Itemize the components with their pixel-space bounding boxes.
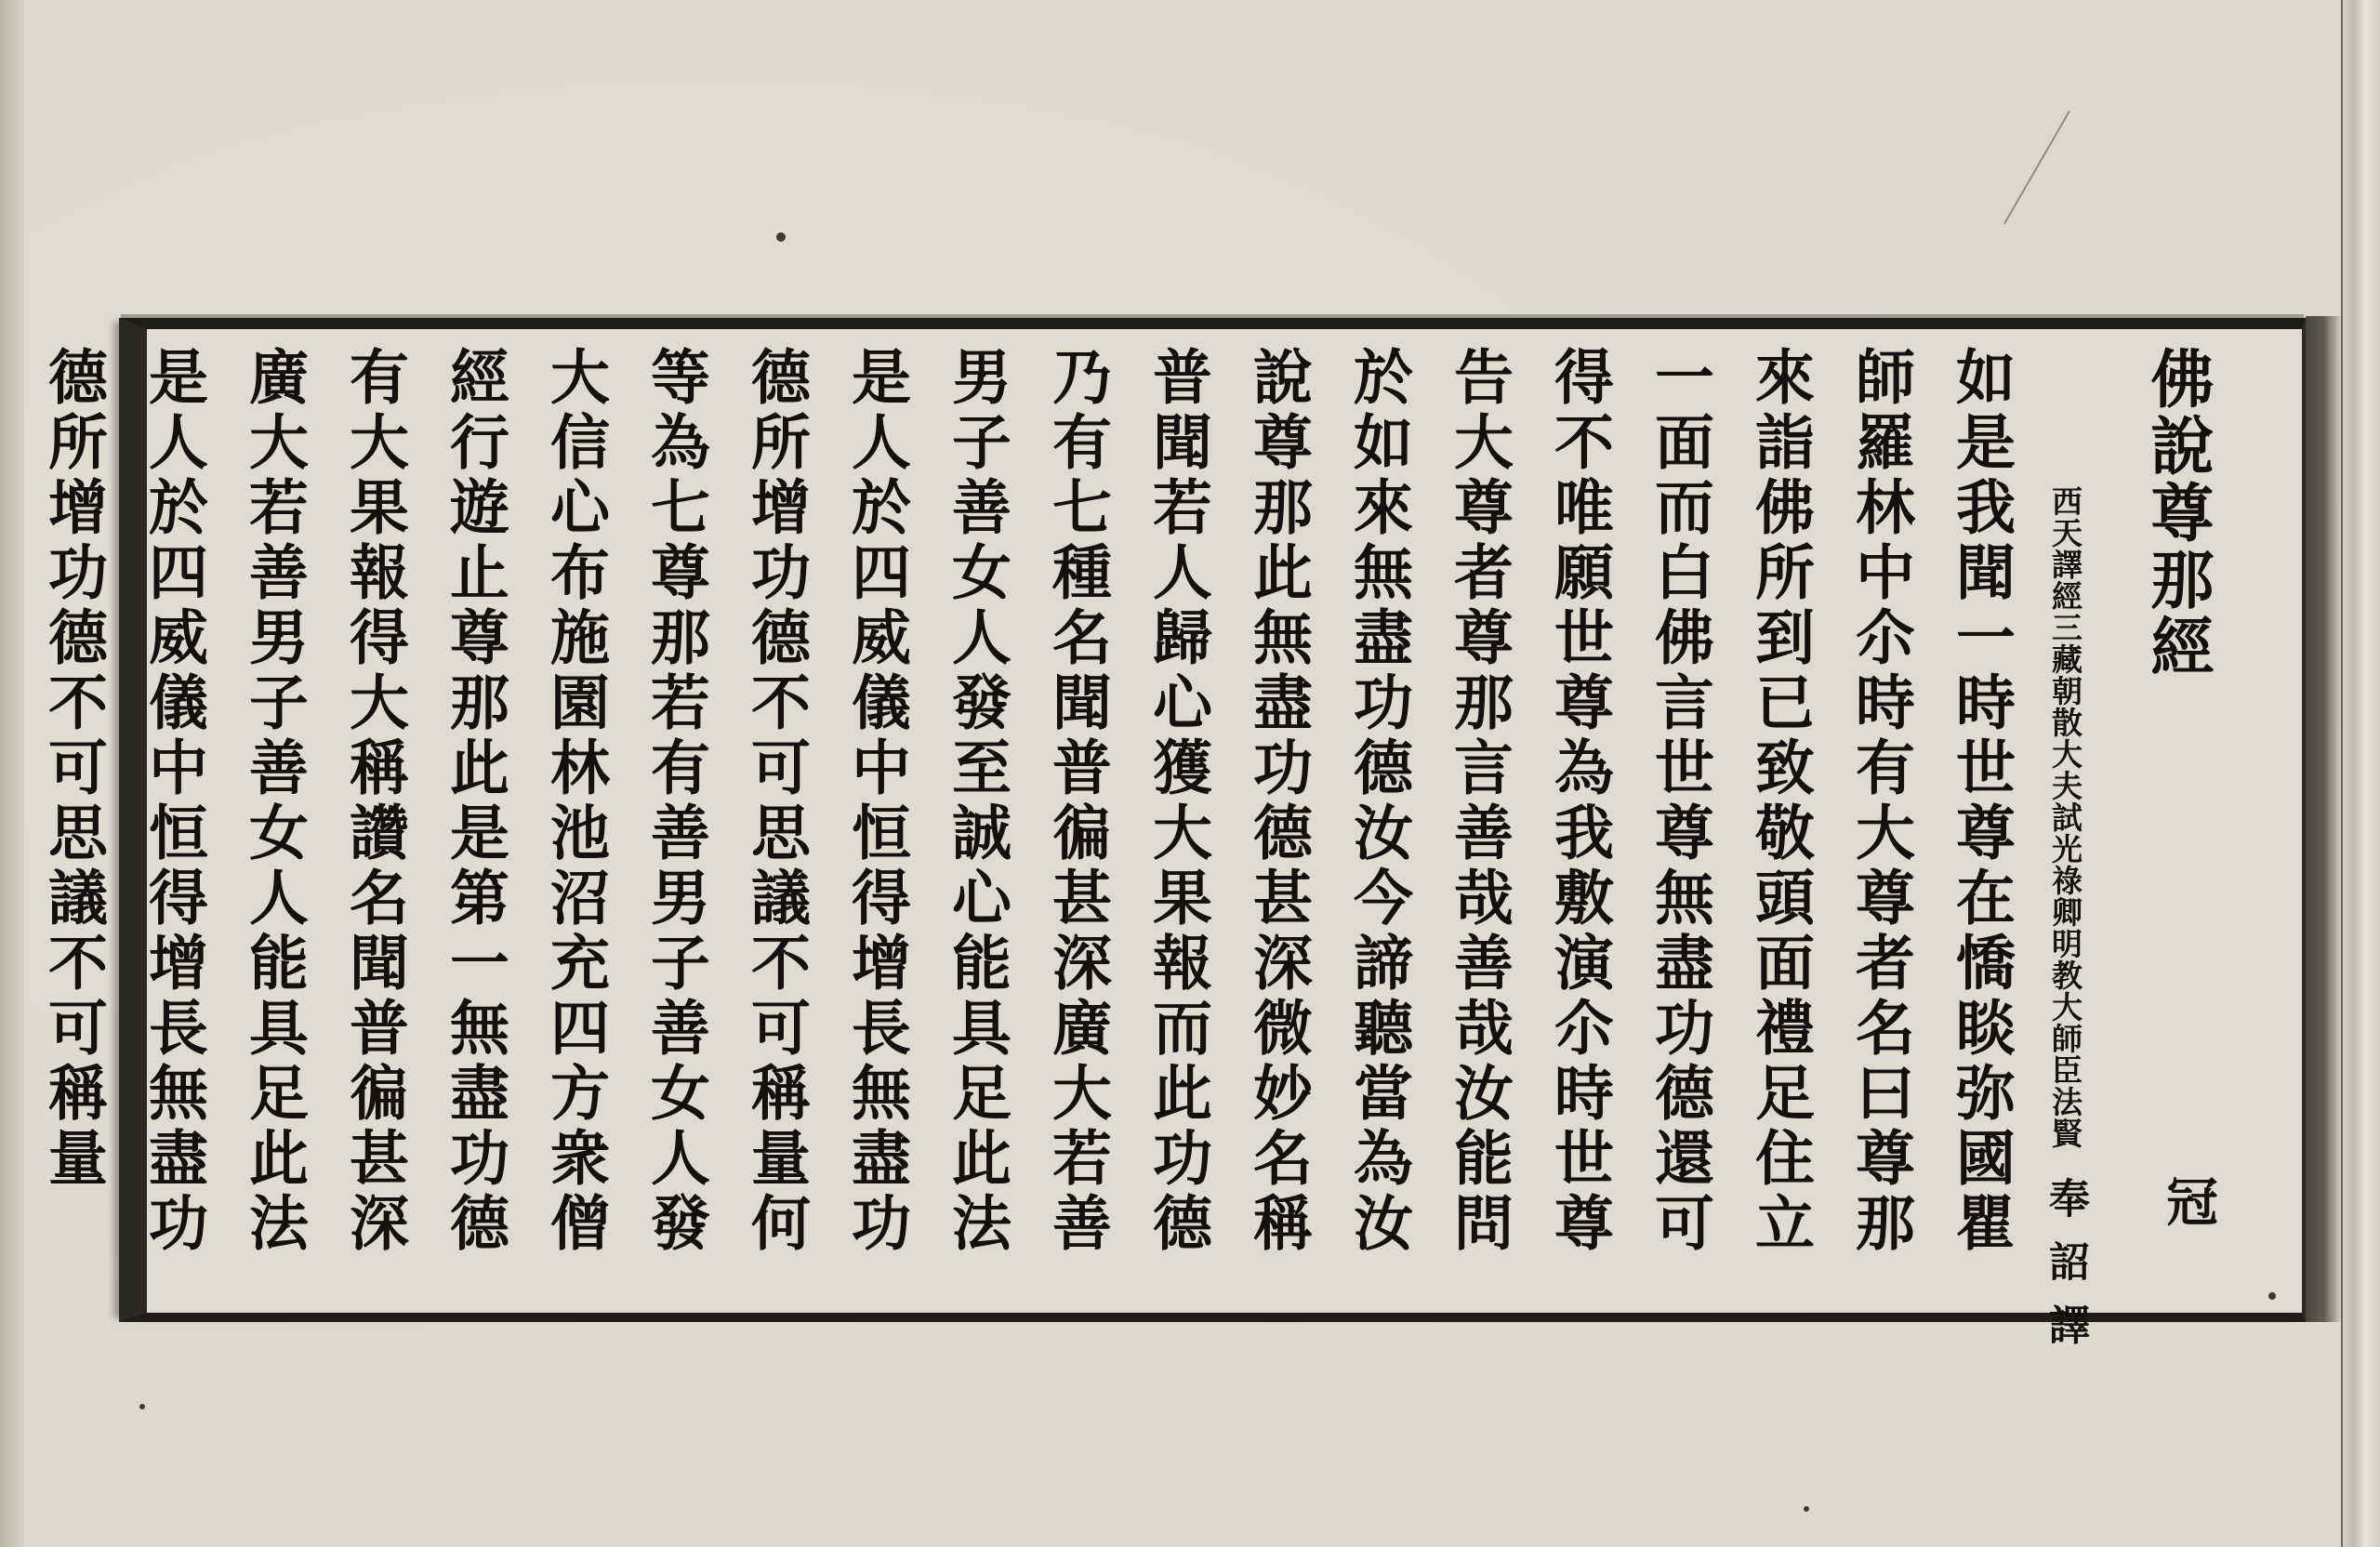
sutra-page: 佛說尊那經 西天譯經三藏朝散大夫試光祿卿明教大師臣法賢奉詔譯 如是我聞一時世尊在… [0,0,2380,1547]
text-column-9: 普聞若人歸心獲大果報而此功德 [1127,346,1227,1313]
text-column-10: 乃有七種名聞普徧甚深廣大若善 [1026,346,1127,1313]
translator-tail: 奉詔譯 [2042,1177,2089,1367]
text-column-17: 有大果報得大稱讚名聞普徧甚深 [324,346,424,1313]
text-column-8: 說尊那此無盡功德甚深微妙名稱 [1227,346,1328,1313]
frame-ink-bleed [2306,316,2343,1322]
paper-speck [2268,1292,2276,1300]
translator-attribution: 西天譯經三藏朝散大夫試光祿卿明教大師臣法賢奉詔譯 [2030,346,2099,1313]
ink-smudge [2099,346,2127,1313]
paper-speck [776,232,786,242]
text-column-4: 一面而白佛言世尊無盡功德還可 [1629,346,1729,1313]
text-column-5: 得不唯願世尊為我敷演尒時世尊 [1528,346,1629,1313]
text-column-7: 於如來無盡功德汝今諦聽當為汝 [1328,346,1428,1313]
text-column-13: 德所增功德不可思議不可稱量何 [725,346,826,1313]
paper-crease [2003,111,2070,224]
text-column-19: 是人於四威儀中恒得增長無盡功 [123,346,223,1313]
text-column-15: 大信心布施園林池沼充四方衆僧 [524,346,625,1313]
printed-text-frame: 佛說尊那經 西天譯經三藏朝散大夫試光祿卿明教大師臣法賢奉詔譯 如是我聞一時世尊在… [119,318,2306,1322]
paper-speck [1804,1506,1809,1512]
translator-line: 西天譯經三藏朝散大夫試光祿卿明教大師臣法賢 [2047,485,2083,1149]
page-mark: 冠 [2166,1162,2218,1236]
page-right-edge [2341,0,2380,1547]
page-left-edge [0,0,24,1547]
text-column-6: 告大尊者尊那言善哉善哉汝能問 [1428,346,1528,1313]
text-column-1: 如是我聞一時世尊在憍睒弥國瞿 [1930,346,2030,1313]
text-columns: 佛說尊那經 西天譯經三藏朝散大夫試光祿卿明教大師臣法賢奉詔譯 如是我聞一時世尊在… [22,346,2228,1313]
text-column-14: 等為七尊那若有善男子善女人發 [625,346,725,1313]
text-column-2: 師羅林中尒時有大尊者名曰尊那 [1830,346,1930,1313]
text-column-18: 廣大若善男子善女人能具足此法 [223,346,324,1313]
text-column-3: 來詣佛所到已致敬頭面禮足住立 [1729,346,1830,1313]
text-column-20: 德所增功德不可思議不可稱量 [22,346,123,1313]
text-column-16: 經行遊止尊那此是第一無盡功德 [424,346,524,1313]
text-column-11: 男子善女人發至誠心能具足此法 [926,346,1026,1313]
text-column-12: 是人於四威儀中恒得增長無盡功 [826,346,926,1313]
paper-speck [139,1404,145,1409]
